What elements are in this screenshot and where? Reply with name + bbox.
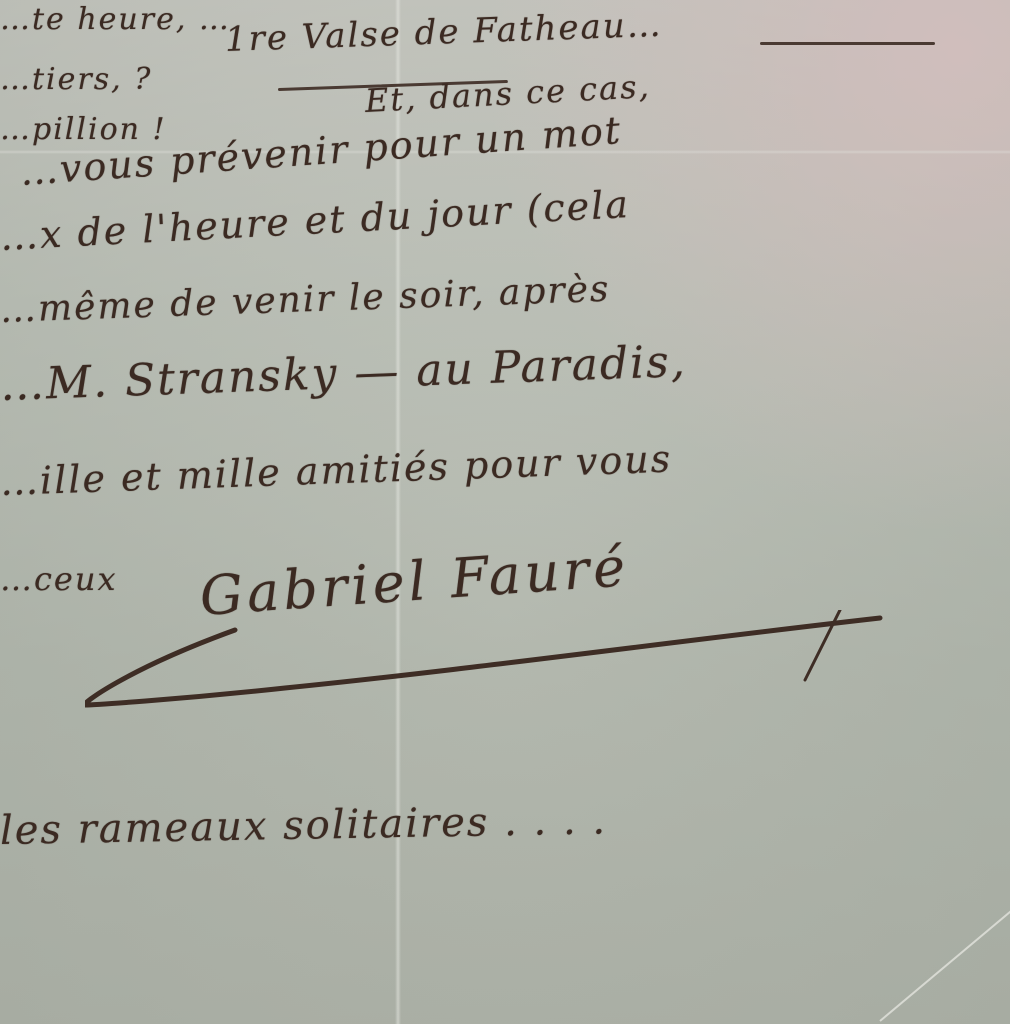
handwritten-line: …x de l'heure et du jour (cela [0, 182, 631, 259]
handwritten-line: 1re Valse de Fatheau… [224, 5, 663, 60]
underline-stroke [760, 42, 935, 45]
handwritten-line: …tiers, ? [0, 62, 152, 97]
handwritten-line: les rameaux solitaires . . . . [0, 797, 607, 854]
handwritten-line: …ceux [0, 560, 118, 598]
signature-underline-flourish [85, 610, 885, 720]
handwritten-line: …même de venir le soir, après [0, 269, 611, 331]
handwritten-line: …ille et mille amitiés pour vous [0, 437, 673, 504]
letter-photograph: …te heure, … 1re Valse de Fatheau… …tier… [0, 0, 1010, 1024]
paper-crease [879, 892, 1010, 1022]
handwritten-line: …M. Stransky — au Paradis, [0, 336, 687, 411]
handwritten-line: …te heure, … [0, 2, 231, 37]
